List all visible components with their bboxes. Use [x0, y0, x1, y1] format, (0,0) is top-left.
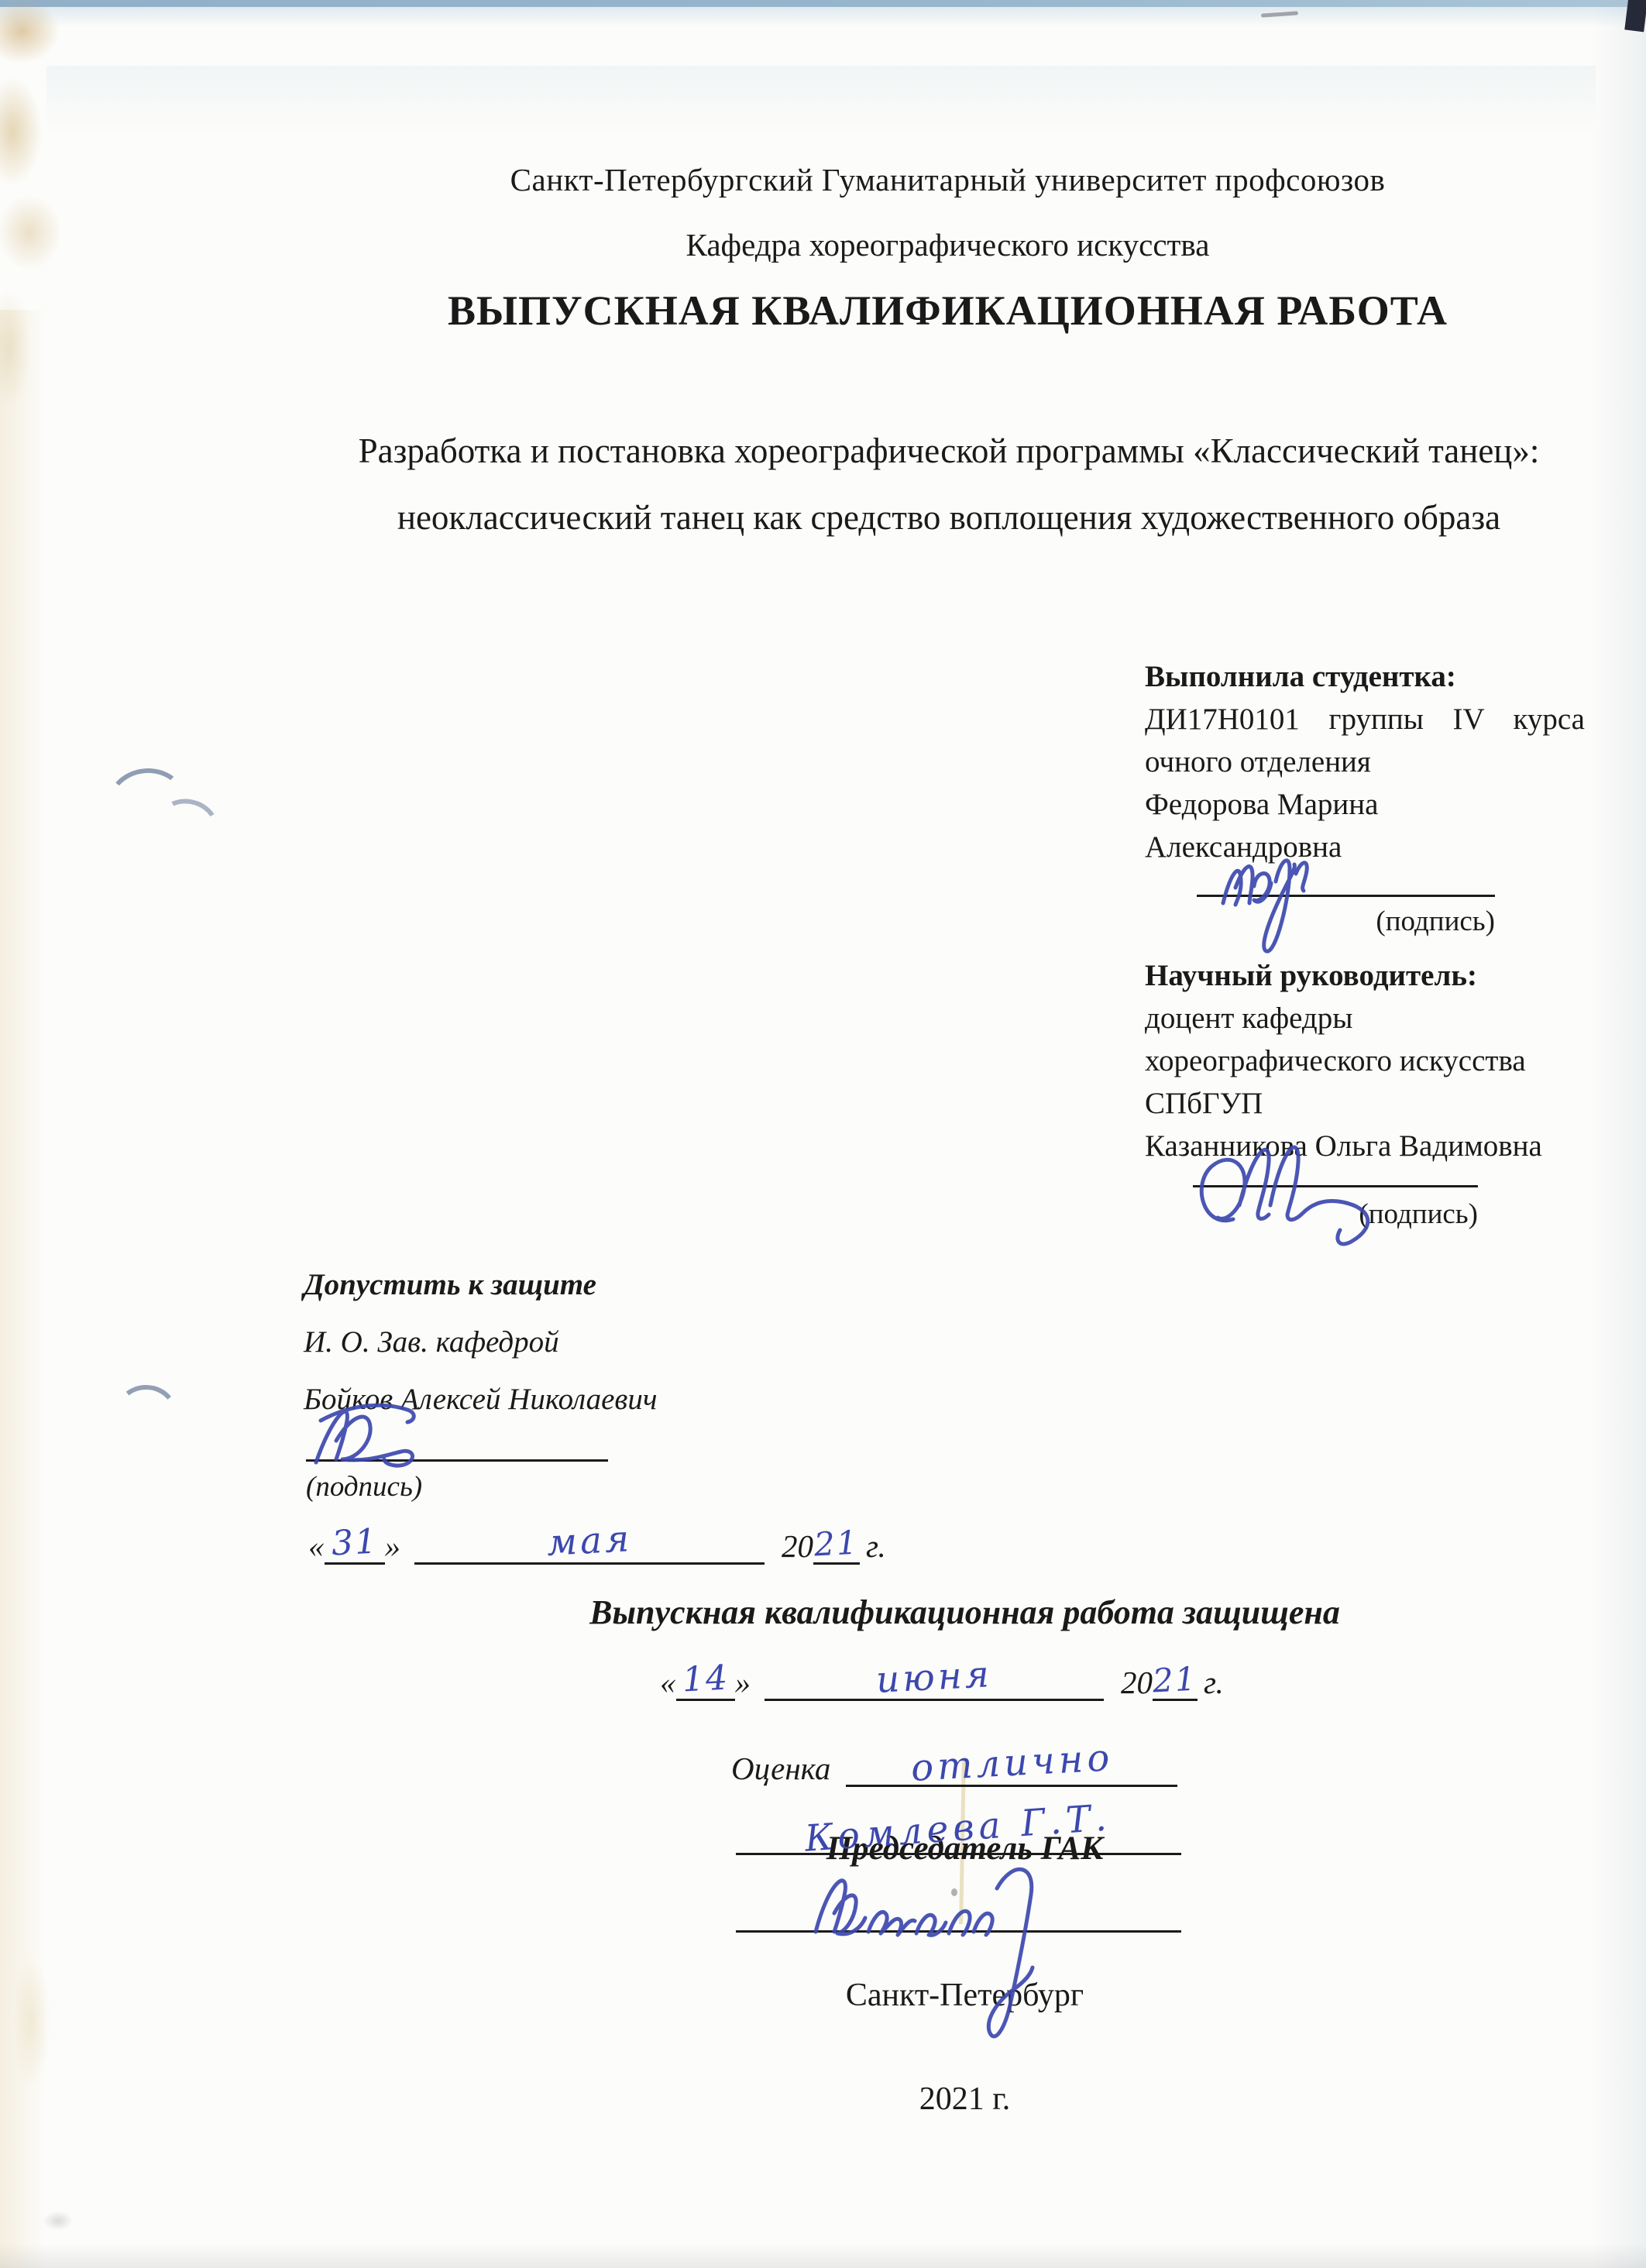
chairman-name-line: Комлева Г.Т.: [736, 1803, 1181, 1855]
defense-date-row: « 14 » июня 20 21 г.: [660, 1656, 1224, 1701]
defense-day-field: 14: [676, 1659, 735, 1701]
department-name: Кафедра хореографического искусства: [302, 226, 1593, 263]
admission-signature: [304, 1387, 567, 1487]
student-signature: [1204, 838, 1375, 970]
student-info-line: Федорова Марина: [1145, 783, 1585, 826]
defense-heading: Выпускная квалификационная работа защище…: [319, 1593, 1610, 1632]
chairman-signature: [794, 1857, 1104, 2051]
student-heading: Выполнила студентка:: [1145, 655, 1585, 698]
thesis-title-line2: неоклассический танец как средство вопло…: [294, 497, 1603, 538]
admission-heading: Допустить к защите: [304, 1256, 892, 1314]
open-quote: «: [308, 1527, 325, 1565]
close-quote: »: [385, 1527, 401, 1565]
bottom-edge-shadow: [0, 2243, 1646, 2268]
era-label: г.: [1204, 1664, 1224, 1701]
era-label: г.: [866, 1527, 886, 1565]
top-edge-haze: [0, 7, 1646, 27]
student-info-line: ДИ17Н0101 группы IV курса: [1145, 698, 1585, 741]
defense-month-handwritten: июня: [875, 1653, 993, 1702]
grade-label: Оценка: [731, 1750, 830, 1787]
advisor-info-line: доцент кафедры: [1145, 997, 1585, 1039]
grade-field: отлично: [846, 1741, 1177, 1787]
grade-row: Оценка отлично: [731, 1741, 1177, 1787]
student-block: Выполнила студентка: ДИ17Н0101 группы IV…: [1145, 655, 1585, 868]
advisor-info-line: хореографического искусства: [1145, 1039, 1585, 1082]
chairman-name-handwritten: Комлева Г.Т.: [804, 1796, 1113, 1860]
grade-handwritten: отлично: [909, 1736, 1114, 1790]
university-name: Санкт-Петербургский Гуманитарный универс…: [302, 161, 1593, 198]
defense-year-field: 21: [1153, 1661, 1198, 1701]
thesis-title-line1: Разработка и постановка хореографической…: [294, 431, 1603, 471]
year-prefix: 20: [1121, 1664, 1153, 1701]
advisor-signature: [1184, 1128, 1439, 1267]
advisor-info-line: СПбГУП: [1145, 1082, 1585, 1125]
admission-day-field: 31: [325, 1523, 385, 1565]
footer-year: 2021 г.: [319, 2081, 1610, 2118]
work-type-heading: ВЫПУСКНАЯ КВАЛИФИКАЦИОННАЯ РАБОТА: [302, 287, 1593, 335]
student-info-line: очного отделения: [1145, 741, 1585, 783]
year-prefix: 20: [782, 1527, 813, 1565]
admission-month-handwritten: мая: [546, 1517, 634, 1565]
close-quote: »: [735, 1664, 751, 1701]
defense-year-handwritten: 21: [1152, 1660, 1198, 1700]
admission-position: И. О. Зав. кафедрой: [304, 1314, 892, 1371]
paperclip-mark-lower: [112, 1382, 181, 1448]
open-quote: «: [660, 1664, 676, 1701]
top-right-corner-mark: [1624, 0, 1646, 32]
right-edge-shade: [1592, 0, 1646, 2268]
admission-date-row: « 31 » мая 20 21 г.: [308, 1520, 886, 1565]
admission-year-field: 21: [813, 1524, 860, 1565]
admission-day-handwritten: 31: [330, 1521, 379, 1563]
top-edge-band: [0, 0, 1646, 7]
admission-year-handwritten: 21: [813, 1524, 860, 1564]
admission-month-field: мая: [414, 1520, 765, 1565]
defense-day-handwritten: 14: [681, 1658, 730, 1699]
top-scan-noise-band: [46, 66, 1596, 136]
defense-month-field: июня: [765, 1656, 1104, 1701]
bottom-left-stain: [15, 1921, 70, 2122]
document-page: Санкт-Петербургский Гуманитарный универс…: [0, 0, 1646, 2268]
bottom-left-smudge: [35, 2204, 81, 2239]
